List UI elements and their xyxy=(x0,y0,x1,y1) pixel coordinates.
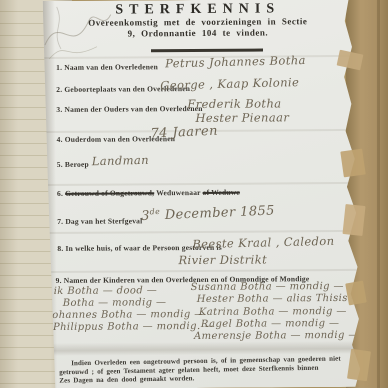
document-subtitle-line1: Overeenkomstig met de voorzieningen in S… xyxy=(45,16,351,28)
field-number: 1. xyxy=(56,63,62,72)
field-3-label: 3. Namen der Ouders van den Overledenen xyxy=(56,104,202,114)
paper-seam xyxy=(45,269,357,273)
field-8-value-line2: Rivier Distrikt xyxy=(178,252,267,267)
field-number: 3. xyxy=(56,105,62,114)
field-7-value: 3de December 1855 xyxy=(141,202,275,224)
field-number: 5. xyxy=(57,160,63,169)
child-entry: Philippus Botha — mondig. — xyxy=(53,321,215,333)
tape-fragment xyxy=(340,149,365,178)
field-number: 7. xyxy=(57,217,63,226)
tape-fragment xyxy=(345,281,367,306)
struck-option-married: Getrouwd of Ongetrouwd, xyxy=(65,188,154,198)
child-entry: Botha — mondig — xyxy=(63,297,167,309)
header-divider-rule xyxy=(151,49,263,53)
kept-option-widower: Weduwenaar xyxy=(156,188,200,197)
field-1-value: Petrus Johannes Botha xyxy=(165,53,306,70)
sterfkennis-document: STERFKENNIS Overeenkomstig met de voorzi… xyxy=(0,0,388,388)
paper-fold-shadow xyxy=(45,341,360,356)
child-entry: Amerensje Botha — mondig — xyxy=(194,330,359,342)
field-label: Dag van het Sterfgeval xyxy=(65,216,142,226)
field-6-label: 6. Getrouwd of Ongetrouwd, Weduwenaar of… xyxy=(57,188,240,198)
child-entry: Katrina Botha — mondig — xyxy=(199,306,347,318)
field-7-label: 7. Dag van het Sterfgeval xyxy=(57,216,142,226)
document-subtitle-line2: 9, Ordonnantie 104 te vinden. xyxy=(45,27,351,39)
field-number: 9. xyxy=(56,276,62,285)
field-label: Naam van den Overledenen xyxy=(64,62,158,72)
field-1-label: 1. Naam van den Overledenen xyxy=(56,62,158,72)
field-number: 4. xyxy=(57,135,63,144)
field-3-value-father: Frederik Botha xyxy=(187,96,281,111)
field-2-value: George , Kaap Kolonie xyxy=(160,75,299,92)
child-entry: Susanna Botha — mondig — xyxy=(191,281,344,293)
child-entry: Johannes Botha — mondig — xyxy=(48,309,205,321)
tape-fragment xyxy=(347,349,371,381)
field-5-label: 5. Beroep xyxy=(57,160,89,169)
child-entry: Ragel Botha — mondig — xyxy=(201,318,340,330)
field-label: Beroep xyxy=(65,160,89,169)
field-5-value: Landman xyxy=(92,153,150,168)
death-day-suffix: de xyxy=(150,207,161,216)
paper-seam xyxy=(44,182,356,186)
death-month-year: December 1855 xyxy=(165,203,276,223)
register-book-photo: STERFKENNIS Overeenkomstig met de voorzi… xyxy=(0,0,388,388)
field-number: 8. xyxy=(57,244,63,253)
field-number: 6. xyxy=(57,189,63,198)
child-entry: ik Botha — dood — xyxy=(54,285,157,297)
field-8-value-line1: Beeste Kraal , Caledon xyxy=(192,234,334,251)
tape-fragment xyxy=(342,204,365,236)
field-4-value: 74 Jaaren xyxy=(150,124,218,142)
struck-option-widow: of Weduwe xyxy=(203,188,240,197)
footnote-line3: Zes Dagen na den dood gemaakt worden. xyxy=(59,374,194,384)
book-edge-streak xyxy=(377,0,380,388)
field-number: 2. xyxy=(56,85,62,94)
field-3-value-mother: Hester Pienaar xyxy=(195,110,289,125)
field-label: Namen der Ouders van den Overledenen xyxy=(64,104,202,114)
